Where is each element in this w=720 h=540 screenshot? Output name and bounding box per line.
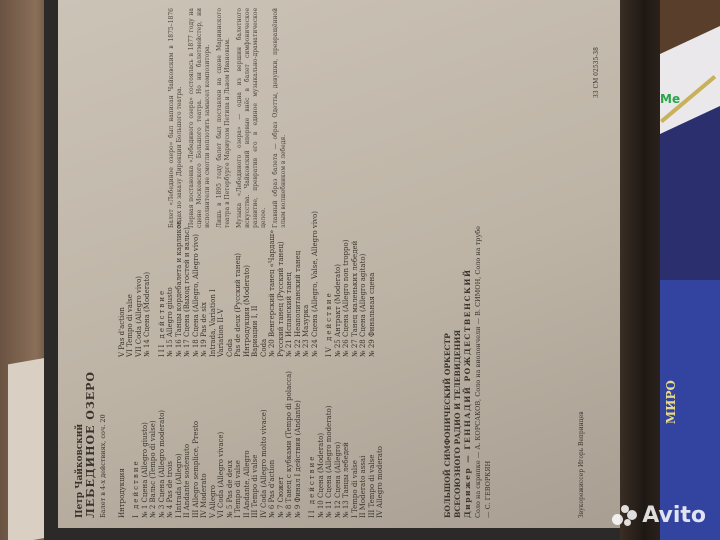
track-item: IV Allegro moderato: [376, 371, 385, 518]
track-item: № 21 Испанский танец: [285, 211, 294, 357]
album-title: ЛЕБЕДИНОЕ ОЗЕРО: [87, 248, 96, 518]
track-item: № 5 Pas de deux: [226, 371, 235, 518]
track-item: I Tempo di valse: [351, 371, 360, 518]
tracklist-middle: V Pas d'actionVI Tempo di valseVII Coda …: [118, 211, 385, 357]
track-item: № 8 Танец с кубками (Tempo di polacca): [285, 371, 294, 518]
track-item: № 18 Сцена (Allegro, Allegro vivo): [192, 211, 201, 357]
avito-brand: Avito: [642, 503, 706, 528]
record-sleeve-back: Петр Чайковский ЛЕБЕДИНОЕ ОЗЕРО Балет в …: [58, 0, 620, 528]
track-item: V Allegro: [209, 371, 218, 518]
liner-paragraph: Лишь в 1895 году балет был поставлен на …: [216, 8, 232, 228]
track-item: № 24 Сцена (Allegro, Valse, Allegro vivo…: [311, 211, 320, 357]
track-item: VI Tempo di valse: [126, 211, 135, 357]
track-item: № 28 Сцена (Allegro agitato): [359, 211, 368, 357]
sound-engineer: Звукорежиссер Игорь Вепринцев: [578, 411, 585, 518]
orchestra-line-2: ВСЕСОЮЗНОГО РАДИО И ТЕЛЕВИДЕНИЯ: [453, 218, 463, 518]
track-item: № 17 Сцена (Выход гостей и вальс): [183, 211, 192, 357]
rotated-content: Петр Чайковский ЛЕБЕДИНОЕ ОЗЕРО Балет в …: [58, 0, 620, 528]
track-item: Coda: [226, 211, 235, 357]
track-item: IV действие: [325, 211, 334, 357]
track-item: № 22 Неаполитанский танец: [294, 211, 303, 357]
track-item: № 12 Сцена (Allegro): [334, 371, 343, 518]
track-item: № 13 Танцы лебедей: [342, 371, 351, 518]
track-item: № 6 Pas d'action: [268, 371, 277, 518]
track-item: Coda: [260, 211, 269, 357]
track-item: № 20 Венгерский танец «Чардаш»: [268, 211, 277, 357]
tracklist-left: ИнтродукцияI действие№ 1 Сцена (Allegro …: [118, 371, 385, 518]
liner-paragraph: Балет «Лебединое озеро» был написан Чайк…: [168, 8, 184, 228]
track-item: VII Coda (Allegro vivo): [135, 211, 144, 357]
credits: БОЛЬШОЙ СИМФОНИЧЕСКИЙ ОРКЕСТР ВСЕСОЮЗНОГ…: [443, 218, 493, 518]
track-item: I Tempo di valse: [234, 371, 243, 518]
track-item: № 7 Сюжет: [277, 371, 286, 518]
track-item: № 19 Pas de six: [200, 211, 209, 357]
cover-text: МИРО: [664, 380, 678, 424]
track-item: № 2 Вальс (Tempo di valse): [149, 371, 158, 518]
track-item: Интродукция: [118, 371, 127, 518]
liner-paragraph: Первая постановка «Лебединого озера» сос…: [188, 8, 212, 228]
track-item: № 15 Allegro giusto: [166, 211, 175, 357]
track-item: № 16 Танцы кордебалета и карликов: [175, 211, 184, 357]
liner-notes: Балет «Лебединое озеро» был написан Чайк…: [168, 8, 608, 228]
track-item: № 25 Антракт (Moderato): [334, 211, 343, 357]
track-item: Pas de deux (Русский танец): [234, 211, 243, 357]
track-item: I действие: [132, 371, 141, 518]
track-item: Вариации I, II: [251, 211, 260, 357]
track-item: II Andante sostenuto: [183, 371, 192, 518]
track-item: № 27 Танец маленьких лебедей: [351, 211, 360, 357]
avito-watermark: Avito: [612, 503, 706, 528]
track-item: III Allegro semplice, Presto: [192, 371, 201, 518]
track-item: V Pas d'action: [118, 211, 127, 357]
track-item: № 10 Сцена (Moderato): [317, 371, 326, 518]
track-item: № 4 Pas de trois: [166, 371, 175, 518]
track-item: VI Coda (Allegro vivace): [217, 371, 226, 518]
track-item: № 1 Сцена (Allegro giusto): [141, 371, 150, 518]
liner-paragraph: Музыка «Лебединого озера» — одна из верш…: [236, 8, 268, 228]
track-item: № 26 Сцена (Allegro non troppo): [342, 211, 351, 357]
track-item: III Tempo di valse: [368, 371, 377, 518]
track-item: II Andante, Allegro: [243, 371, 252, 518]
album-subtitle: Балет в 4-х действиях, соч. 20: [99, 248, 108, 518]
liner-paragraph: Главный образ балета — образ Одетты, дев…: [272, 8, 288, 228]
track-item: № 3 Сцена (Allegro moderato): [158, 371, 167, 518]
track-item: II действие: [308, 371, 317, 518]
track-item: Variation II–V: [217, 211, 226, 357]
track-item: III Tempo di valse: [251, 371, 260, 518]
soloists: Соло на скрипке — А. КОРСАКОВ, Соло на в…: [473, 218, 493, 518]
track-item: № 9 Финал I действия (Andante): [294, 371, 303, 518]
track-item: IV Moderato: [200, 371, 209, 518]
track-item: IV Coda (Allegro molto vivace): [260, 371, 269, 518]
track-item: № 29 Финальная сцена: [368, 211, 377, 357]
orchestra-line-1: БОЛЬШОЙ СИМФОНИЧЕСКИЙ ОРКЕСТР: [443, 218, 453, 518]
catalog-number: 33 СМ 02535-38: [593, 47, 600, 98]
track-item: Русский танец (Русский танец): [277, 211, 286, 357]
track-item: III действие: [158, 211, 167, 357]
other-record-cover: Me МИРО: [660, 0, 720, 540]
track-item: № 14 Сцена (Moderato): [143, 211, 152, 357]
record-edge: [620, 0, 660, 540]
track-item: II Moderato assai: [359, 371, 368, 518]
conductor: Дирижер — ГЕННАДИЙ РОЖДЕСТВЕНСКИЙ: [463, 218, 473, 518]
track-item: № 23 Мазурка: [302, 211, 311, 357]
tracklist-column: Петр Чайковский ЛЕБЕДИНОЕ ОЗЕРО Балет в …: [76, 248, 385, 518]
avito-logo-icon: [612, 505, 638, 527]
track-item: Интродукция (Moderato): [243, 211, 252, 357]
track-item: № 11 Сцена (Allegro moderato): [325, 371, 334, 518]
track-item: Intrada, Variation I: [209, 211, 218, 357]
track-item: I Intrada (Allegro): [175, 371, 184, 518]
